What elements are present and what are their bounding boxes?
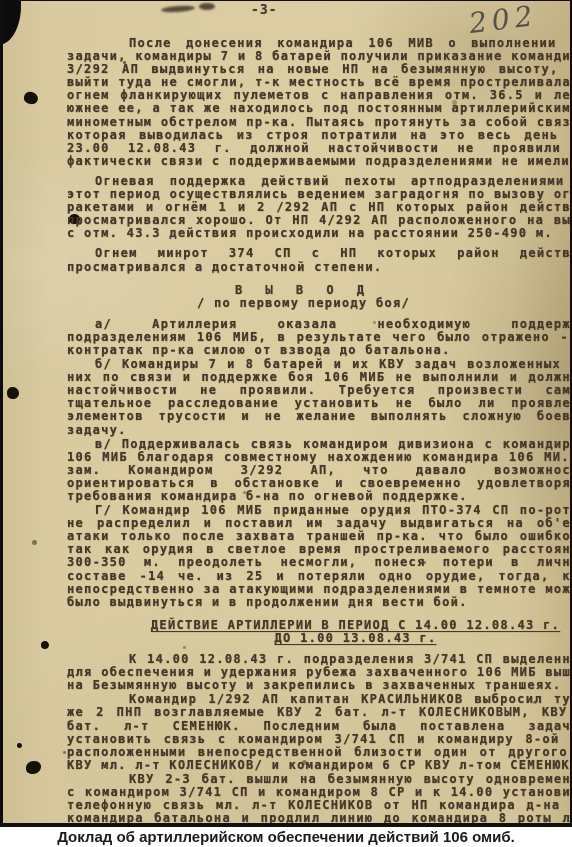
caption-bar: Доклад об артиллерийском обеспечении дей… (0, 823, 572, 847)
section-heading-conclusion: В Ы В О Д / по первому периоду боя/ (67, 284, 540, 310)
ink-smudge (161, 5, 195, 13)
conclusion-item-g: Г/ Командир 106 МИБ приданные орудия ПТО… (67, 504, 570, 609)
paragraph-kvu-lines: КВУ 2-3 бат. вышли на безымянную высоту … (67, 773, 570, 823)
ink-smudge (199, 3, 215, 10)
section-heading-artillery-actions: ДЕЙСТВИЕ АРТИЛЛЕРИИ В ПЕРИОД С 14.00 12.… (123, 619, 570, 645)
typewritten-text-block: После донесения командира 106 МИВ о выпо… (67, 37, 570, 823)
document-page: -3- 202 После донесения командира 106 МИ… (3, 1, 570, 823)
punch-hole (23, 90, 40, 105)
paragraph-1400-positions: К 14.00 12.08.43 г. подразделения 3/741 … (67, 653, 570, 692)
paragraph-report-106mib: После донесения командира 106 МИВ о выпо… (67, 37, 570, 168)
punch-hole (7, 387, 19, 399)
conclusion-subtitle: / по первому периоду боя/ (67, 297, 540, 310)
conclusion-item-b: б/ Командиры 7 и 8 батарей и их КВУ зада… (67, 358, 570, 437)
conclusion-item-a: а/ Артиллерия оказала необходимую поддер… (67, 318, 570, 357)
scan-corner-tear (3, 1, 21, 45)
caption-text: Доклад об артиллерийском обеспечении дей… (57, 829, 515, 846)
conclusion-title: В Ы В О Д (67, 284, 540, 297)
punch-hole (17, 743, 22, 748)
page-number: -3- (251, 4, 277, 18)
paragraph-fire-support: Огневая поддержка действий пехоты артпод… (67, 175, 570, 240)
scanned-report-screenshot: { "document": { "page_number": "-3-", "h… (0, 0, 572, 847)
punch-hole (41, 641, 49, 649)
handwritten-page-number: 202 (467, 1, 539, 40)
artillery-actions-line2: ДО 1.00 13.08.43 г. (123, 632, 570, 645)
artillery-actions-line1: ДЕЙСТВИЕ АРТИЛЛЕРИИ В ПЕРИОД С 14.00 12.… (123, 619, 570, 632)
punch-hole (26, 761, 41, 774)
paragraph-krasilnikov: Командир 1/292 АП капитан КРАСИЛЬНИКОВ в… (67, 693, 570, 772)
conclusion-item-v: в/ Поддерживалась связь командиром дивиз… (67, 438, 570, 503)
paragraph-mortar-fire: Огнем минрот 374 СП с НП которых район д… (67, 247, 570, 273)
